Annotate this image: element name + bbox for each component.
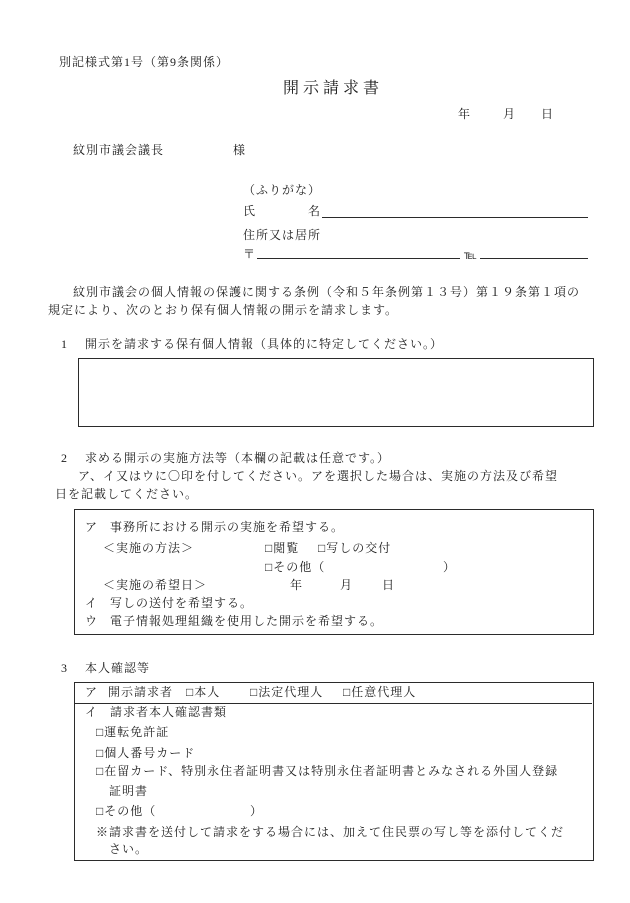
requested-info-input-box[interactable]: [78, 358, 594, 427]
date-year-label: 年: [458, 107, 471, 122]
option-a-label: ア: [85, 520, 98, 535]
page-title: 開示請求書: [283, 79, 383, 99]
name-label-first: 氏: [243, 204, 256, 219]
checkbox-residence-card-label: 在留カード、特別永住者証明書又は特別永住者証明書とみなされる外国人登録: [104, 764, 558, 778]
section1-heading: 開示を請求する保有個人情報（具体的に特定してください。）: [85, 337, 443, 352]
checkbox-icon: □: [96, 804, 104, 818]
desired-date-day-label: 日: [382, 578, 395, 593]
tel-icon: ℡: [464, 248, 478, 263]
method-other-close-paren: ）: [443, 560, 456, 575]
requester-row-label: ア: [85, 685, 98, 700]
checkbox-mynumber-card[interactable]: □個人番号カード: [96, 746, 195, 761]
postal-address-input-line[interactable]: [257, 245, 460, 259]
name-label-last: 名: [308, 204, 321, 219]
checkbox-icon: □: [265, 541, 273, 555]
checkbox-self[interactable]: □本人: [186, 685, 220, 700]
documents-row-title: 請求者本人確認書類: [110, 705, 227, 720]
checkbox-copy-label: 写しの交付: [326, 541, 391, 555]
addressee-name: 紋別市議会議長: [73, 143, 164, 158]
checkbox-drivers-license-label: 運転免許証: [104, 725, 169, 739]
checkbox-method-other[interactable]: □その他（: [265, 560, 325, 575]
section2-note-line1: ア、イ又はウに〇印を付してください。アを選択した場合は、実施の方法及び希望: [78, 469, 558, 484]
address-label: 住所又は居所: [243, 228, 321, 243]
section1-number: 1: [61, 337, 68, 352]
furigana-label: （ふりがな）: [243, 183, 321, 198]
identity-table-row-divider: [74, 703, 592, 704]
mailing-note-line2: さい。: [109, 842, 148, 857]
name-input-line[interactable]: [322, 204, 588, 218]
section3-heading: 本人確認等: [85, 661, 150, 676]
disclosure-request-form: 別記様式第1号（第9条関係） 開示請求書 年 月 日 紋別市議会議長 様 （ふり…: [0, 0, 630, 903]
requester-row-title: 開示請求者: [108, 685, 173, 700]
checkbox-residence-card[interactable]: □在留カード、特別永住者証明書又は特別永住者証明書とみなされる外国人登録: [96, 764, 558, 779]
checkbox-icon: □: [343, 685, 351, 699]
tel-input-line[interactable]: [480, 245, 588, 259]
checkbox-icon: □: [96, 725, 104, 739]
option-u-text: 電子情報処理組織を使用した開示を希望する。: [110, 614, 383, 629]
intro-line1: 紋別市議会の個人情報の保護に関する条例（令和５年条例第１３号）第１９条第１項の: [73, 285, 580, 300]
checkbox-icon: □: [318, 541, 326, 555]
checkbox-legal-representative[interactable]: □法定代理人: [250, 685, 323, 700]
checkbox-icon: □: [96, 746, 104, 760]
checkbox-icon: □: [265, 560, 273, 574]
checkbox-self-label: 本人: [194, 685, 220, 699]
option-a-text: 事務所における開示の実施を希望する。: [110, 520, 344, 535]
checkbox-mynumber-card-label: 個人番号カード: [104, 746, 195, 760]
desired-date-month-label: 月: [340, 578, 353, 593]
checkbox-document-other[interactable]: □その他（: [96, 804, 156, 819]
checkbox-view[interactable]: □閲覧: [265, 541, 299, 556]
desired-date-year-label: 年: [290, 578, 303, 593]
section2-number: 2: [61, 451, 68, 466]
checkbox-drivers-license[interactable]: □運転免許証: [96, 725, 169, 740]
method-label: ＜実施の方法＞: [103, 541, 194, 556]
checkbox-view-label: 閲覧: [273, 541, 299, 555]
checkbox-legal-representative-label: 法定代理人: [258, 685, 323, 699]
checkbox-icon: □: [96, 764, 104, 778]
checkbox-document-other-label: その他（: [104, 804, 156, 818]
section3-number: 3: [61, 661, 68, 676]
option-i-label: イ: [85, 596, 98, 611]
intro-line2: 規定により、次のとおり保有個人情報の開示を請求します。: [48, 303, 398, 318]
documents-row-label: イ: [85, 705, 98, 720]
mailing-note-line1: ※請求書を送付して請求をする場合には、加えて住民票の写し等を添付してくだ: [96, 825, 564, 840]
checkbox-voluntary-representative[interactable]: □任意代理人: [343, 685, 416, 700]
option-u-label: ウ: [85, 614, 98, 629]
option-i-text: 写しの送付を希望する。: [110, 596, 253, 611]
addressee-honorific: 様: [233, 143, 246, 158]
document-other-close-paren: ）: [250, 804, 263, 819]
checkbox-voluntary-representative-label: 任意代理人: [351, 685, 416, 699]
date-month-label: 月: [503, 107, 516, 122]
residence-card-label-line2: 証明書: [109, 784, 148, 799]
section2-heading: 求める開示の実施方法等（本欄の記載は任意です。）: [85, 451, 390, 466]
postal-mark-icon: 〒: [243, 247, 256, 262]
date-day-label: 日: [541, 107, 554, 122]
desired-date-label: ＜実施の希望日＞: [103, 578, 207, 593]
checkbox-icon: □: [250, 685, 258, 699]
checkbox-copy[interactable]: □写しの交付: [318, 541, 391, 556]
checkbox-method-other-label: その他（: [273, 560, 325, 574]
form-number: 別記様式第1号（第9条関係）: [59, 55, 229, 70]
section2-note-line2: 日を記載してください。: [55, 487, 198, 502]
checkbox-icon: □: [186, 685, 194, 699]
